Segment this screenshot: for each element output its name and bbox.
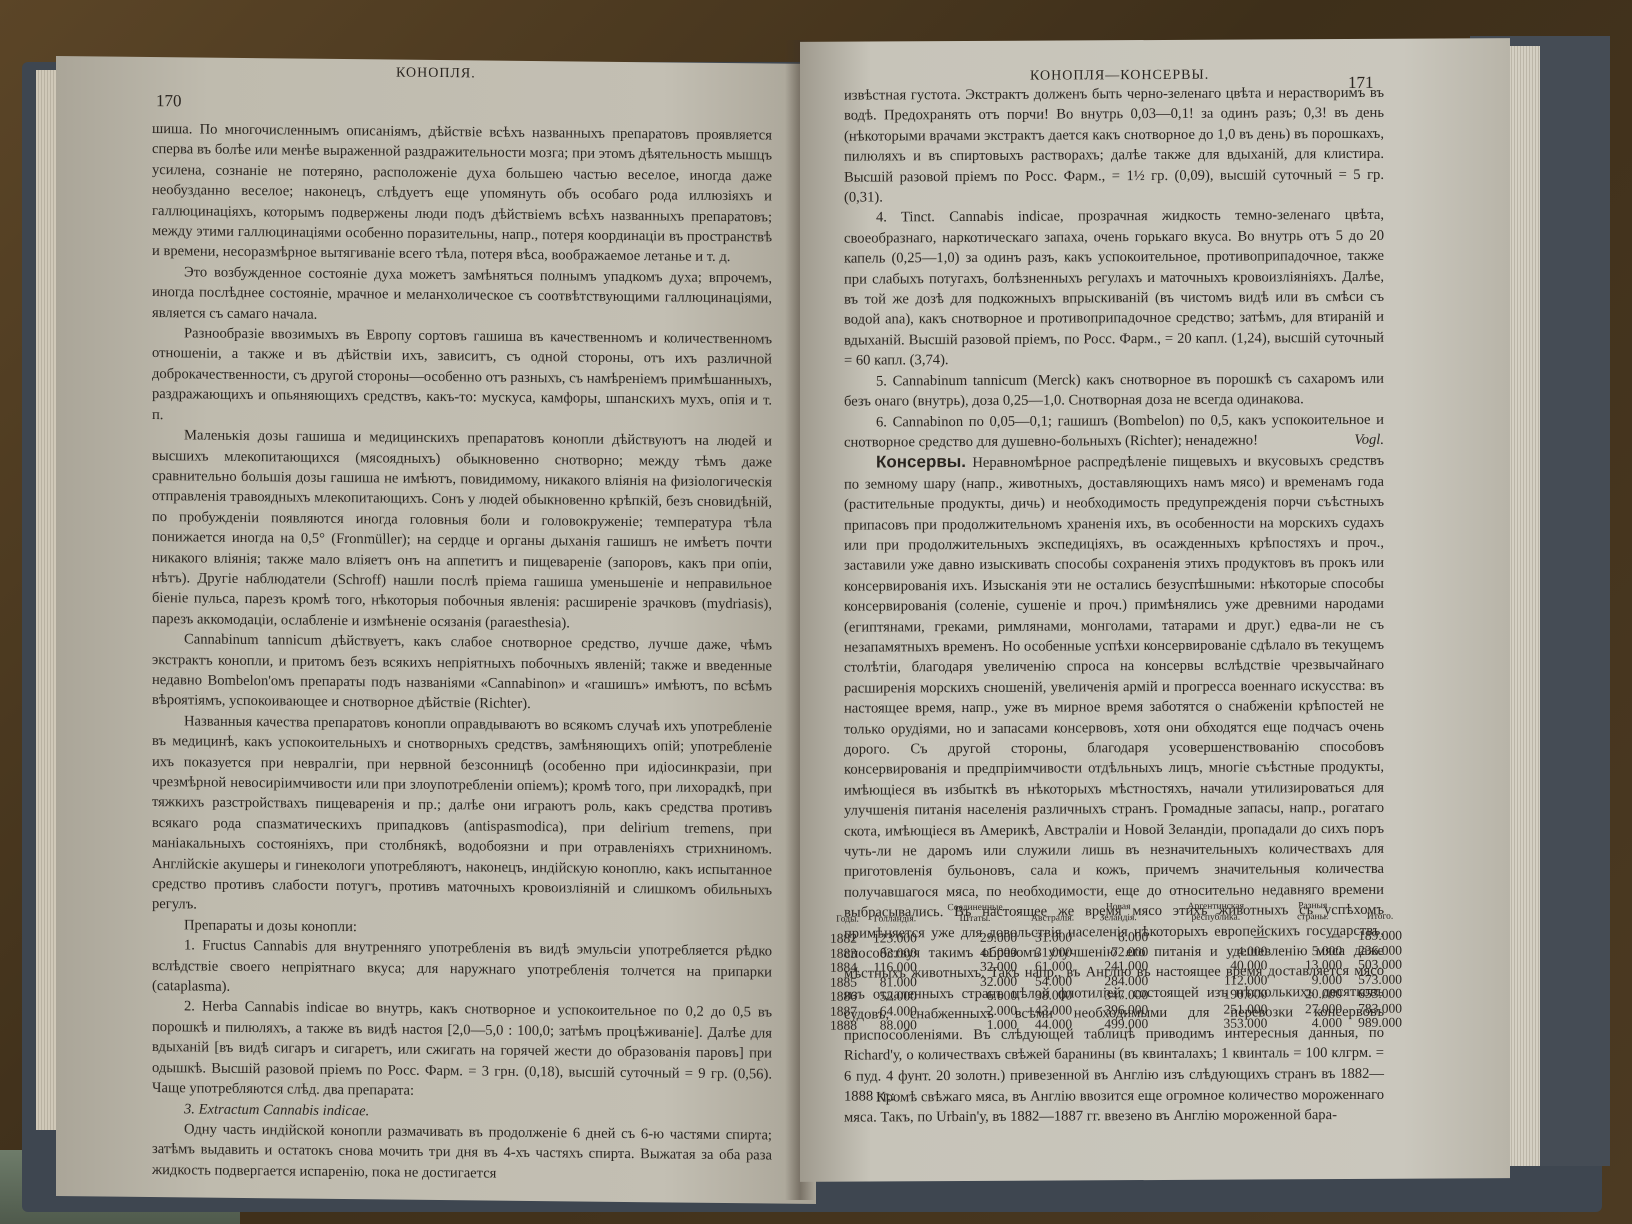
paragraph: извѣстная густота. Экстрактъ долженъ быт… <box>844 83 1384 208</box>
column-header: Годы. <box>830 904 865 932</box>
cell: 88.000 <box>865 1018 925 1033</box>
paragraph: Cannabinum tannicum дѣйствуетъ, какъ сла… <box>152 629 772 717</box>
cell: 123.000 <box>865 931 925 946</box>
page-number-left: 170 <box>156 91 182 111</box>
cell: 38.000 <box>1025 988 1080 1003</box>
cell: 20.000 <box>1275 987 1350 1002</box>
cell: 32.000 <box>925 960 1025 975</box>
cell: 503.000 <box>1350 958 1410 973</box>
cell: — <box>1275 929 1350 944</box>
cell: 44.000 <box>1025 1017 1080 1032</box>
running-head-left: КОНОПЛЯ. <box>396 66 476 83</box>
paragraph: 2. Herba Cannabis indicae во внутрь, как… <box>152 996 772 1105</box>
cell: 1888 <box>830 1019 865 1034</box>
cell: 190.000 <box>1156 987 1275 1002</box>
cell: 347.000 <box>1080 988 1156 1003</box>
paragraph: Маленькія дозы гашиша и медицинскихъ пре… <box>152 425 772 636</box>
cell: 31.000 <box>1025 930 1080 945</box>
article-title: Консервы. <box>876 452 966 471</box>
cell: 189.000 <box>1350 929 1410 944</box>
paragraph: Названныя качества препаратовъ конопли о… <box>152 711 772 922</box>
paragraph: Кромѣ свѣжаго мяса, въ Англію ввозится е… <box>844 1085 1384 1129</box>
cell: 6.000 <box>925 989 1025 1004</box>
cell: — <box>1156 929 1275 944</box>
cell: 1884 <box>830 961 865 976</box>
paragraph: Это возбужденное состояніе духа можетъ з… <box>152 262 772 330</box>
column-header: Аргентинская республика. <box>1156 901 1275 930</box>
paragraph: 6. Cannabinon по 0,05—0,1; гашишъ (Bombe… <box>844 409 1384 453</box>
cell: 6.000 <box>1080 930 1156 945</box>
mutton-import-table: Годы. Голландія. Соединенные Штаты. Авст… <box>830 901 1410 1034</box>
column-header: Голландія. <box>865 903 925 931</box>
cell: 13.000 <box>1275 958 1350 973</box>
cell: 61.000 <box>1025 959 1080 974</box>
cell: 989.000 <box>1350 1016 1410 1031</box>
cell: 653.000 <box>1350 987 1410 1002</box>
cell: 1882 <box>830 932 865 947</box>
running-head-right: КОНОПЛЯ—КОНСЕРВЫ. <box>1030 68 1209 85</box>
cell: 52.000 <box>865 989 925 1004</box>
cell: 1885 <box>830 975 865 990</box>
cell: 29.000 <box>925 931 1025 946</box>
paragraph: Одну часть индійской конопли размачивать… <box>152 1119 772 1187</box>
column-header: Соединенные Штаты. <box>925 903 1025 932</box>
author-signature: Vogl. <box>1322 430 1384 451</box>
paragraph-text: 6. Cannabinon по 0,05—0,1; гашишъ (Bombe… <box>844 411 1384 450</box>
left-text-column: шиша. По многочисленнымъ описаніямъ, дѣй… <box>152 119 772 1187</box>
column-header: Итого. <box>1350 901 1410 929</box>
cell: 1.000 <box>925 1018 1025 1033</box>
column-header: Новая Зеландія. <box>1080 902 1156 930</box>
cell: 499.000 <box>1080 1017 1156 1032</box>
paragraph: Разнообразіе ввозимыхъ въ Европу сортовъ… <box>152 323 772 432</box>
cell: 1886 <box>830 990 865 1005</box>
cell: 4.000 <box>1275 1016 1350 1031</box>
paragraph: 5. Cannabinum tannicum (Merck) какъ снот… <box>844 368 1384 412</box>
after-table-text: Кромѣ свѣжаго мяса, въ Англію ввозится е… <box>844 1085 1384 1129</box>
cell: 1883 <box>830 946 865 961</box>
paragraph: 1. Fructus Cannabis для внутренняго упот… <box>152 935 772 1003</box>
cell: 353.000 <box>1156 1016 1275 1031</box>
paragraph: шиша. По многочисленнымъ описаніямъ, дѣй… <box>152 119 772 268</box>
cell: 40.000 <box>1156 958 1275 973</box>
table-row: 1888 88.000 1.000 44.000 499.000 353.000… <box>830 1016 1410 1034</box>
right-page: КОНОПЛЯ—КОНСЕРВЫ. 171 извѣстная густота.… <box>800 38 1510 1182</box>
table-header-row: Годы. Голландія. Соединенные Штаты. Авст… <box>830 901 1410 932</box>
cell: 116.000 <box>865 960 925 975</box>
cell: 241.000 <box>1080 959 1156 974</box>
column-header: Австралія. <box>1025 902 1080 930</box>
left-page: КОНОПЛЯ. 170 шиша. По многочисленнымъ оп… <box>56 56 816 1204</box>
column-header: Разныя страны. <box>1275 901 1350 929</box>
paragraph: 4. Tinct. Cannabis indicae, прозрачная ж… <box>844 205 1384 371</box>
cell: 1887 <box>830 1004 865 1019</box>
